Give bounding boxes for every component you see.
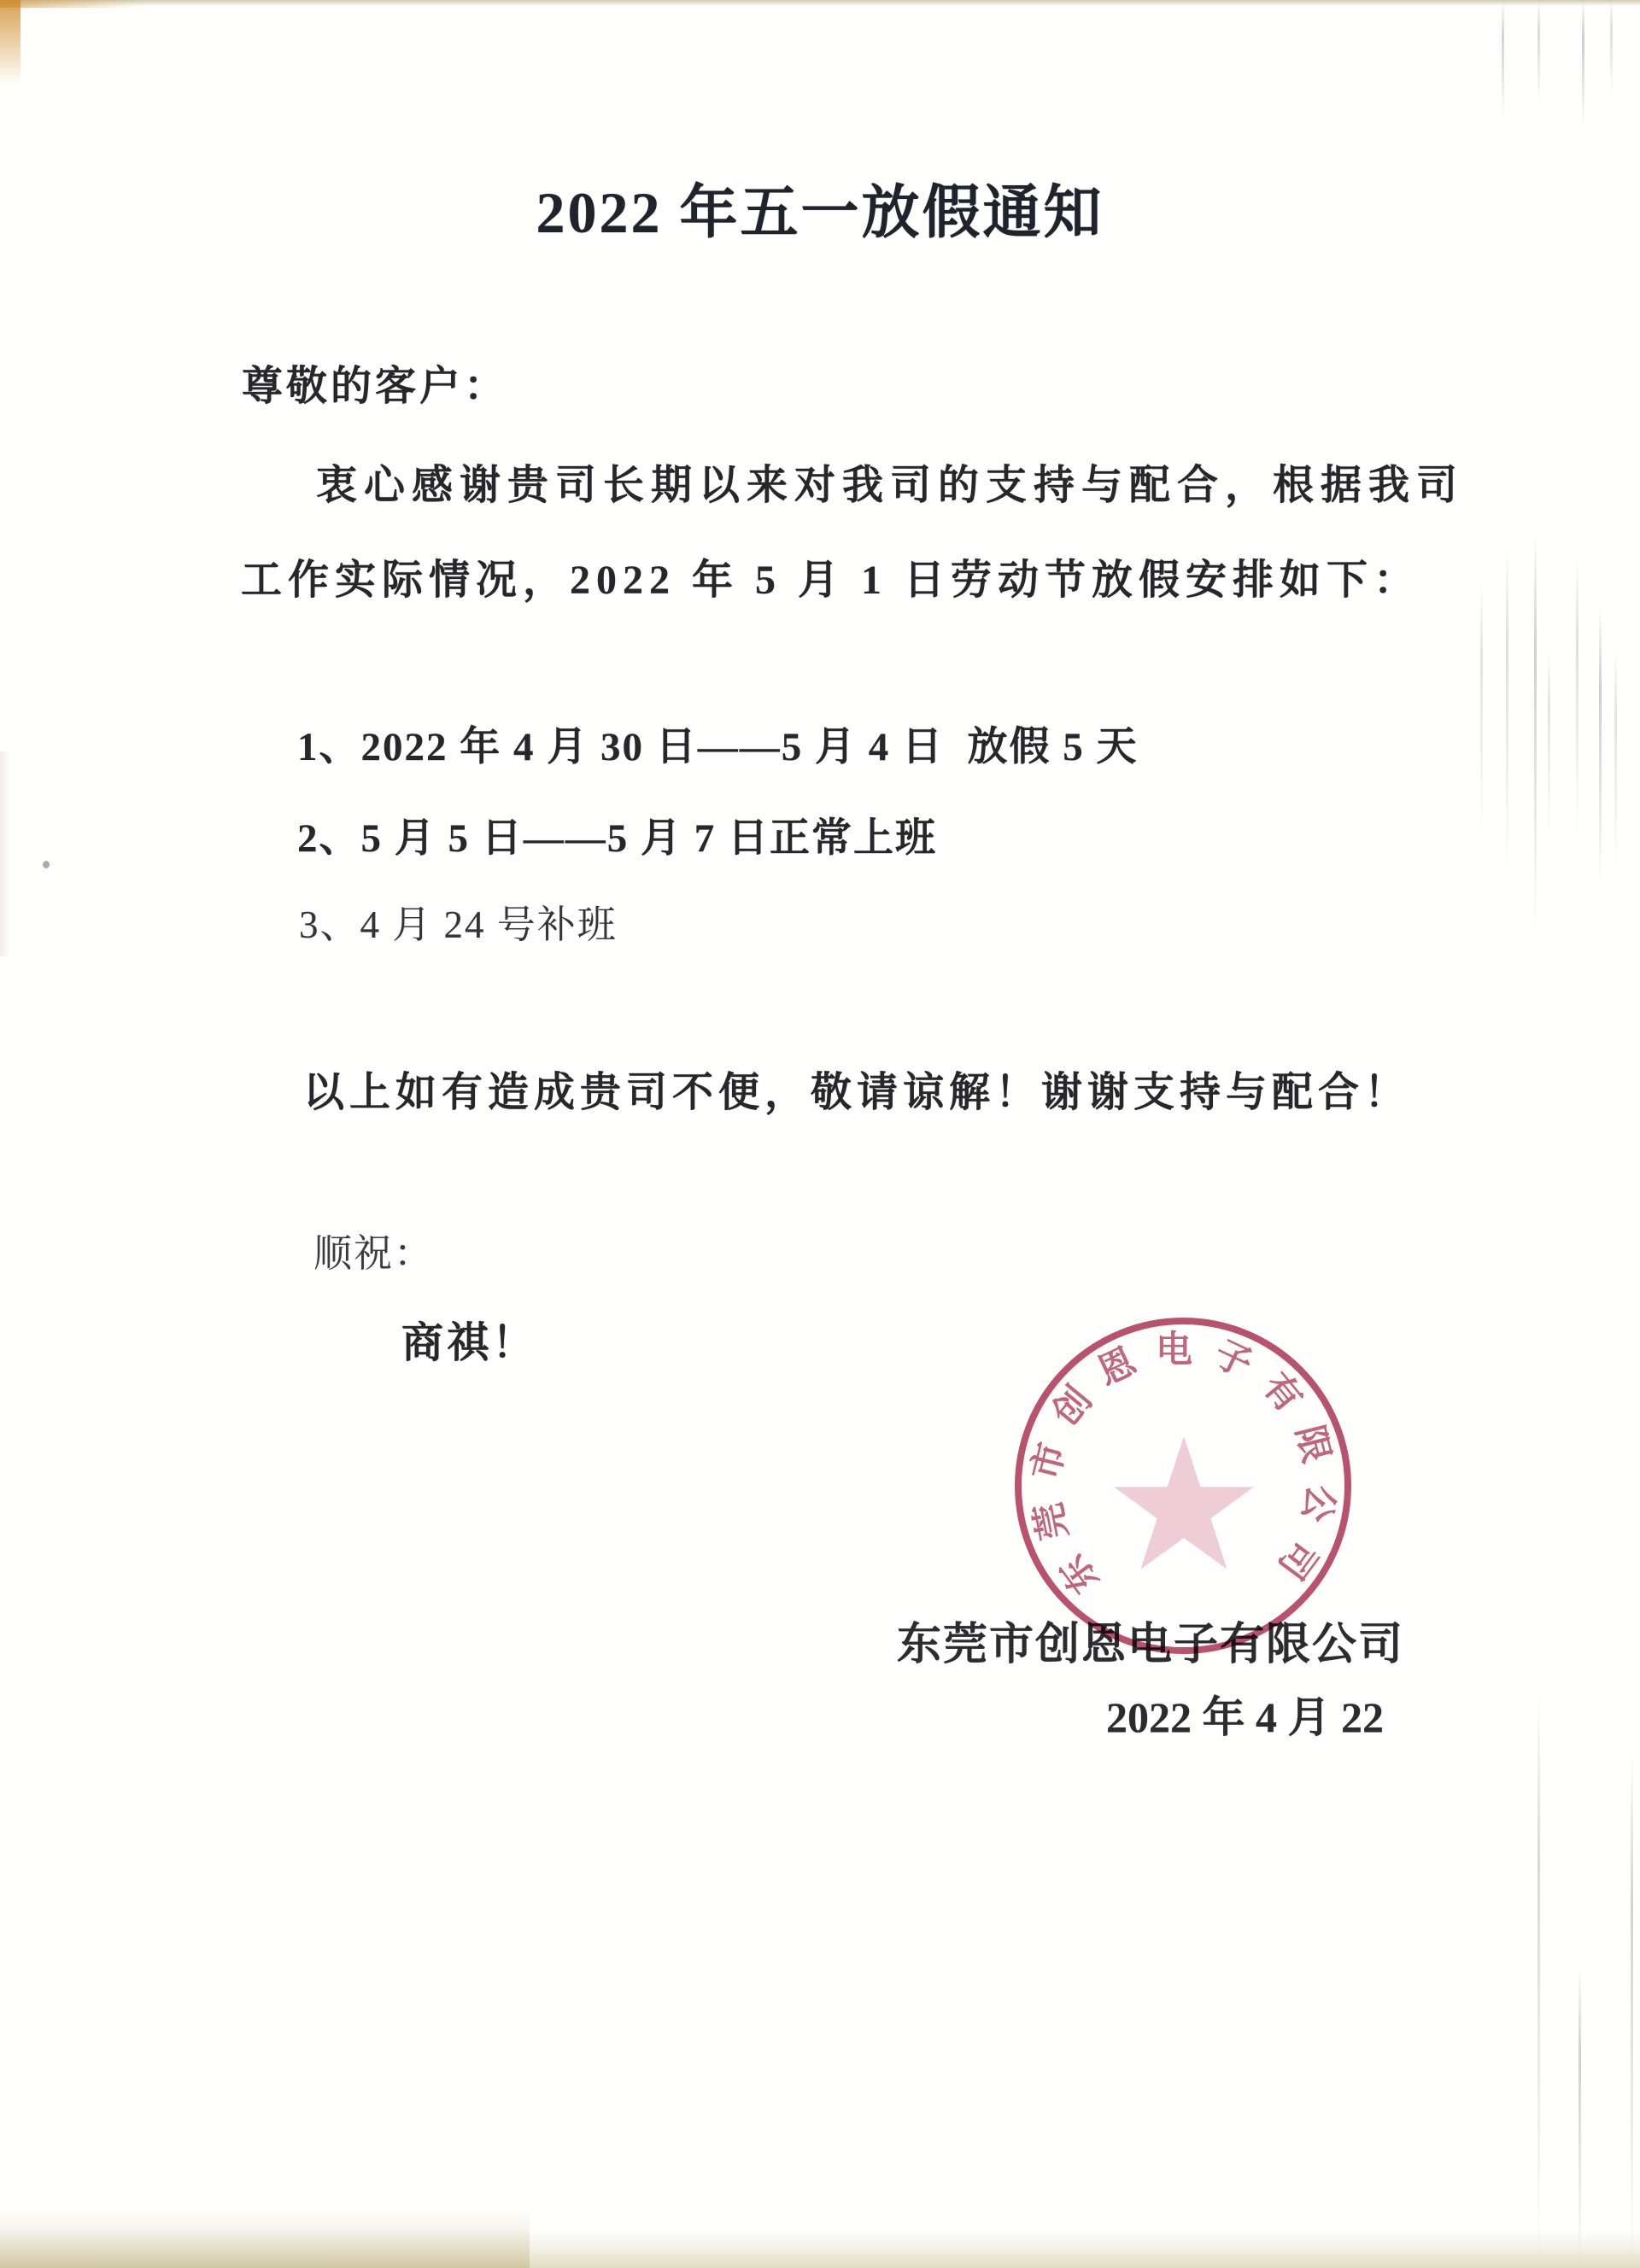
scan-streak-artifact xyxy=(1548,649,1550,837)
scan-corner-artifact xyxy=(0,0,20,85)
well-wishes: 商祺！ xyxy=(401,1319,537,1367)
company-seal-graphic: 东莞市创恩电子有限公司 xyxy=(1004,1305,1362,1663)
seal-star-icon xyxy=(1114,1436,1254,1569)
scan-top-edge-artifact xyxy=(0,0,1640,6)
scan-streak-artifact xyxy=(1537,1691,1540,2268)
scan-bottom-edge-artifact xyxy=(0,2208,530,2268)
scan-streak-artifact xyxy=(1610,0,1613,94)
holiday-list-item: 1、2022 年 4 月 30 日——5 月 4 日 放假 5 天 xyxy=(297,724,1139,770)
body-paragraph-line: 工作实际情况，2022 年 5 月 1 日劳动节放假安排如下： xyxy=(241,557,1420,604)
scan-streak-artifact xyxy=(1480,581,1483,837)
well-wishes-prefix: 顺祝： xyxy=(313,1232,434,1277)
scanned-holiday-notice-page: 2022 年五一放假通知 尊敬的客户： 衷心感谢贵司长期以来对我司的支持与配合，… xyxy=(0,0,1640,2268)
scan-streak-artifact xyxy=(1631,1751,1633,2268)
holiday-list-item: 2、5 月 5 日——5 月 7 日正常上班 xyxy=(297,815,937,862)
scan-streak-artifact xyxy=(1502,0,1504,120)
closing-remark: 以上如有造成贵司不便，敬请谅解！谢谢支持与配合！ xyxy=(303,1069,1410,1116)
signature-date: 2022 年 4 月 22 xyxy=(1106,1693,1384,1743)
scan-corner-artifact xyxy=(0,0,145,8)
scan-left-edge-artifact xyxy=(0,751,10,956)
scan-speck-artifact xyxy=(43,861,50,868)
scan-streak-artifact xyxy=(1576,555,1578,837)
scan-bottom-edge-artifact xyxy=(0,2229,1640,2268)
body-paragraph-line: 衷心感谢贵司长期以来对我司的支持与配合，根据我司 xyxy=(316,462,1464,509)
salutation: 尊敬的客户： xyxy=(242,363,508,410)
page-title: 2022 年五一放假通知 xyxy=(0,179,1640,246)
scan-streak-artifact xyxy=(1614,649,1617,871)
company-seal-stamp: 东莞市创恩电子有限公司 xyxy=(1004,1305,1362,1663)
scan-streak-artifact xyxy=(1506,547,1508,871)
scan-streak-artifact xyxy=(1534,529,1537,931)
scan-streak-artifact xyxy=(1537,0,1540,102)
scan-streak-artifact xyxy=(1582,0,1584,128)
scan-streak-artifact xyxy=(1578,1964,1581,2268)
scan-streak-artifact xyxy=(1599,606,1602,888)
holiday-list-item: 3、4 月 24 号补班 xyxy=(299,903,618,948)
